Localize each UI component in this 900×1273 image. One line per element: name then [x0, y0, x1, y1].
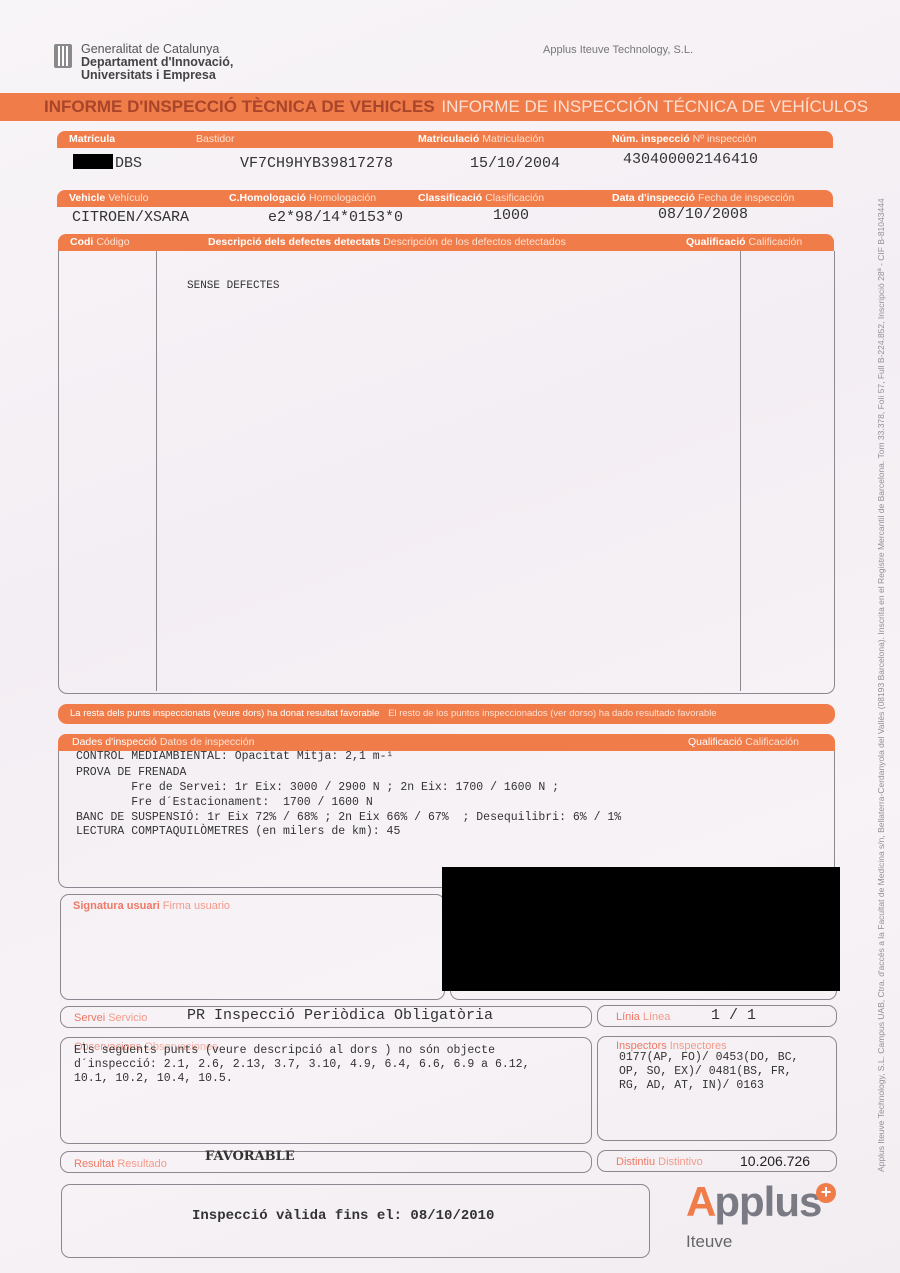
title-ca: INFORME D'INSPECCIÓ TÈCNICA DE VEHICLES [44, 97, 435, 116]
applus-logo: Applus + [686, 1178, 821, 1226]
distintiu-label: Distintiu [616, 1156, 655, 1168]
bastidor-label: Bastidor [196, 131, 235, 148]
validity-text: Inspecció vàlida fins el: 08/10/2010 [192, 1208, 494, 1224]
num-inspeccio-label-es: Nº inspección [693, 133, 757, 145]
homologacio-label-es: Homologación [309, 192, 376, 204]
defects-col-divider-1 [156, 251, 157, 691]
result-value: FAVORABLE [205, 1149, 295, 1164]
inspection-qual-label: Qualificació [688, 736, 742, 748]
line-value: 1 / 1 [711, 1007, 756, 1024]
data-inspeccio-value: 08/10/2008 [658, 206, 748, 223]
title-bar: INFORME D'INSPECCIÓ TÈCNICA DE VEHICLES … [0, 93, 900, 121]
service-box: ServeiServicio PR Inspecció Periòdica Ob… [60, 1006, 592, 1028]
rest-notice-ca: La resta dels punts inspeccionats (veure… [70, 708, 379, 719]
classificacio-value: 1000 [493, 207, 529, 224]
defects-header: CodiCódigo Descripció dels defectes dete… [58, 234, 834, 251]
matricula-label: Matrícula [69, 131, 115, 148]
observation-line: 10.1, 10.2, 10.4, 10.5. [74, 1072, 529, 1086]
matriculacio-label: Matriculació [418, 133, 479, 145]
desc-label-es: Descripción de los defectos detectados [383, 236, 566, 248]
applus-logo-sub: Iteuve [686, 1232, 732, 1252]
distintiu-value: 10.206.726 [740, 1153, 810, 1169]
data-inspeccio-label-es: Fecha de inspección [698, 192, 794, 204]
num-inspeccio-value: 430400002146410 [623, 151, 758, 168]
row2-header: VehicleVehículo C.HomologacióHomologació… [57, 190, 833, 207]
classificacio-label-es: Clasificación [485, 192, 544, 204]
org-line-3: Universitats i Empresa [81, 69, 233, 82]
qual-label: Qualificació [686, 236, 746, 248]
applus-logo-a: A [686, 1178, 714, 1225]
defects-col-divider-2 [740, 251, 741, 691]
line-box: LíniaLínea 1 / 1 [597, 1005, 837, 1027]
defect-item: SENSE DEFECTES [187, 279, 279, 293]
row1-header: Matrícula Bastidor MatriculacióMatricula… [57, 131, 833, 148]
observation-line: Els següents punts (veure descripció al … [74, 1044, 529, 1058]
signature-label: Signatura usuari [73, 900, 160, 912]
rest-notice-bar: La resta dels punts inspeccionats (veure… [58, 704, 835, 724]
distintiu-box: DistintiuDistintivo 10.206.726 [597, 1150, 837, 1172]
line-label: Línia [616, 1011, 640, 1023]
data-inspeccio-label: Data d'inspecció [612, 192, 695, 204]
company-name: Applus Iteuve Technology, S.L. [543, 44, 693, 56]
org-name: Generalitat de Catalunya Departament d'I… [81, 43, 233, 82]
codi-label-es: Código [96, 236, 129, 248]
circle-plus-icon: + [816, 1183, 836, 1203]
observations-box: ObservacionsObservaciones Els següents p… [60, 1037, 592, 1144]
validity-box: Inspecció vàlida fins el: 08/10/2010 [61, 1184, 650, 1258]
inspectors-box: InspectorsInspectores 0177(AP, FO)/ 0453… [597, 1036, 837, 1141]
classificacio-label: Classificació [418, 192, 482, 204]
desc-label: Descripció dels defectes detectats [208, 236, 380, 248]
inspectors-line: 0177(AP, FO)/ 0453(DO, BC, [619, 1051, 798, 1065]
inspection-qual-label-es: Calificación [745, 736, 799, 748]
inspection-data-lines: CONTROL MEDIAMBIENTAL: Opacitat Mitja: 2… [76, 750, 621, 839]
inspection-line: Fre d´Estacionament: 1700 / 1600 N [76, 796, 621, 810]
result-label-es: Resultado [117, 1158, 167, 1170]
inspectors-line: OP, SO, EX)/ 0481(BS, FR, [619, 1065, 798, 1079]
vehicle-value: CITROEN/XSARA [72, 209, 189, 226]
inspection-data-label-es: Datos de inspección [160, 736, 255, 748]
observation-line: d´inspecció: 2.1, 2.6, 2.13, 3.7, 3.10, … [74, 1058, 529, 1072]
redacted-plate [73, 154, 113, 169]
defects-table: SENSE DEFECTES [58, 251, 835, 694]
inspection-data-label: Dades d'inspecció [72, 736, 157, 748]
signature-box: Signatura usuariFirma usuario [60, 894, 445, 1000]
inspection-line: CONTROL MEDIAMBIENTAL: Opacitat Mitja: 2… [76, 750, 621, 764]
service-label-es: Servicio [108, 1012, 147, 1024]
qual-label-es: Calificación [749, 236, 803, 248]
bastidor-value: VF7CH9HYB39817278 [240, 155, 393, 172]
rest-notice-es: El resto de los puntos inspeccionados (v… [388, 708, 716, 719]
codi-label: Codi [70, 236, 93, 248]
matricula-value: DBS [115, 155, 142, 172]
matriculacio-value: 15/10/2004 [470, 155, 560, 172]
homologacio-value: e2*98/14*0153*0 [268, 209, 403, 226]
line-label-es: Línea [643, 1011, 671, 1023]
service-label: Servei [74, 1012, 105, 1024]
vehicle-label-es: Vehículo [108, 192, 148, 204]
inspection-line: PROVA DE FRENADA [76, 766, 621, 780]
inspection-line: BANC DE SUSPENSIÓ: 1r Eix 72% / 68% ; 2n… [76, 811, 621, 825]
num-inspeccio-label: Núm. inspecció [612, 133, 690, 145]
generalitat-logo-icon [54, 44, 72, 68]
side-legal-text: Applus Iteuve Technology, S.L. Campus UA… [876, 198, 886, 1172]
inspection-line: Fre de Servei: 1r Eix: 3000 / 2900 N ; 2… [76, 781, 621, 795]
inspection-line: LECTURA COMPTAQUILÒMETRES (en milers de … [76, 825, 621, 839]
inspection-data-header: Dades d'inspeccióDatos de inspección Qua… [58, 734, 835, 751]
applus-logo-text: pplus [714, 1178, 821, 1225]
signature-label-es: Firma usuario [163, 900, 230, 912]
distintiu-label-es: Distintivo [658, 1156, 703, 1168]
title-es: INFORME DE INSPECCIÓN TÉCNICA DE VEHÍCUL… [441, 97, 868, 116]
service-value: PR Inspecció Periòdica Obligatòria [187, 1007, 493, 1024]
redacted-stamp [442, 867, 840, 991]
result-label: Resultat [74, 1158, 114, 1170]
matriculacio-label-es: Matriculación [482, 133, 544, 145]
inspectors-line: RG, AD, AT, IN)/ 0163 [619, 1079, 798, 1093]
vehicle-label: Vehicle [69, 192, 105, 204]
homologacio-label: C.Homologació [229, 192, 306, 204]
result-box: ResultatResultado FAVORABLE [60, 1151, 592, 1173]
